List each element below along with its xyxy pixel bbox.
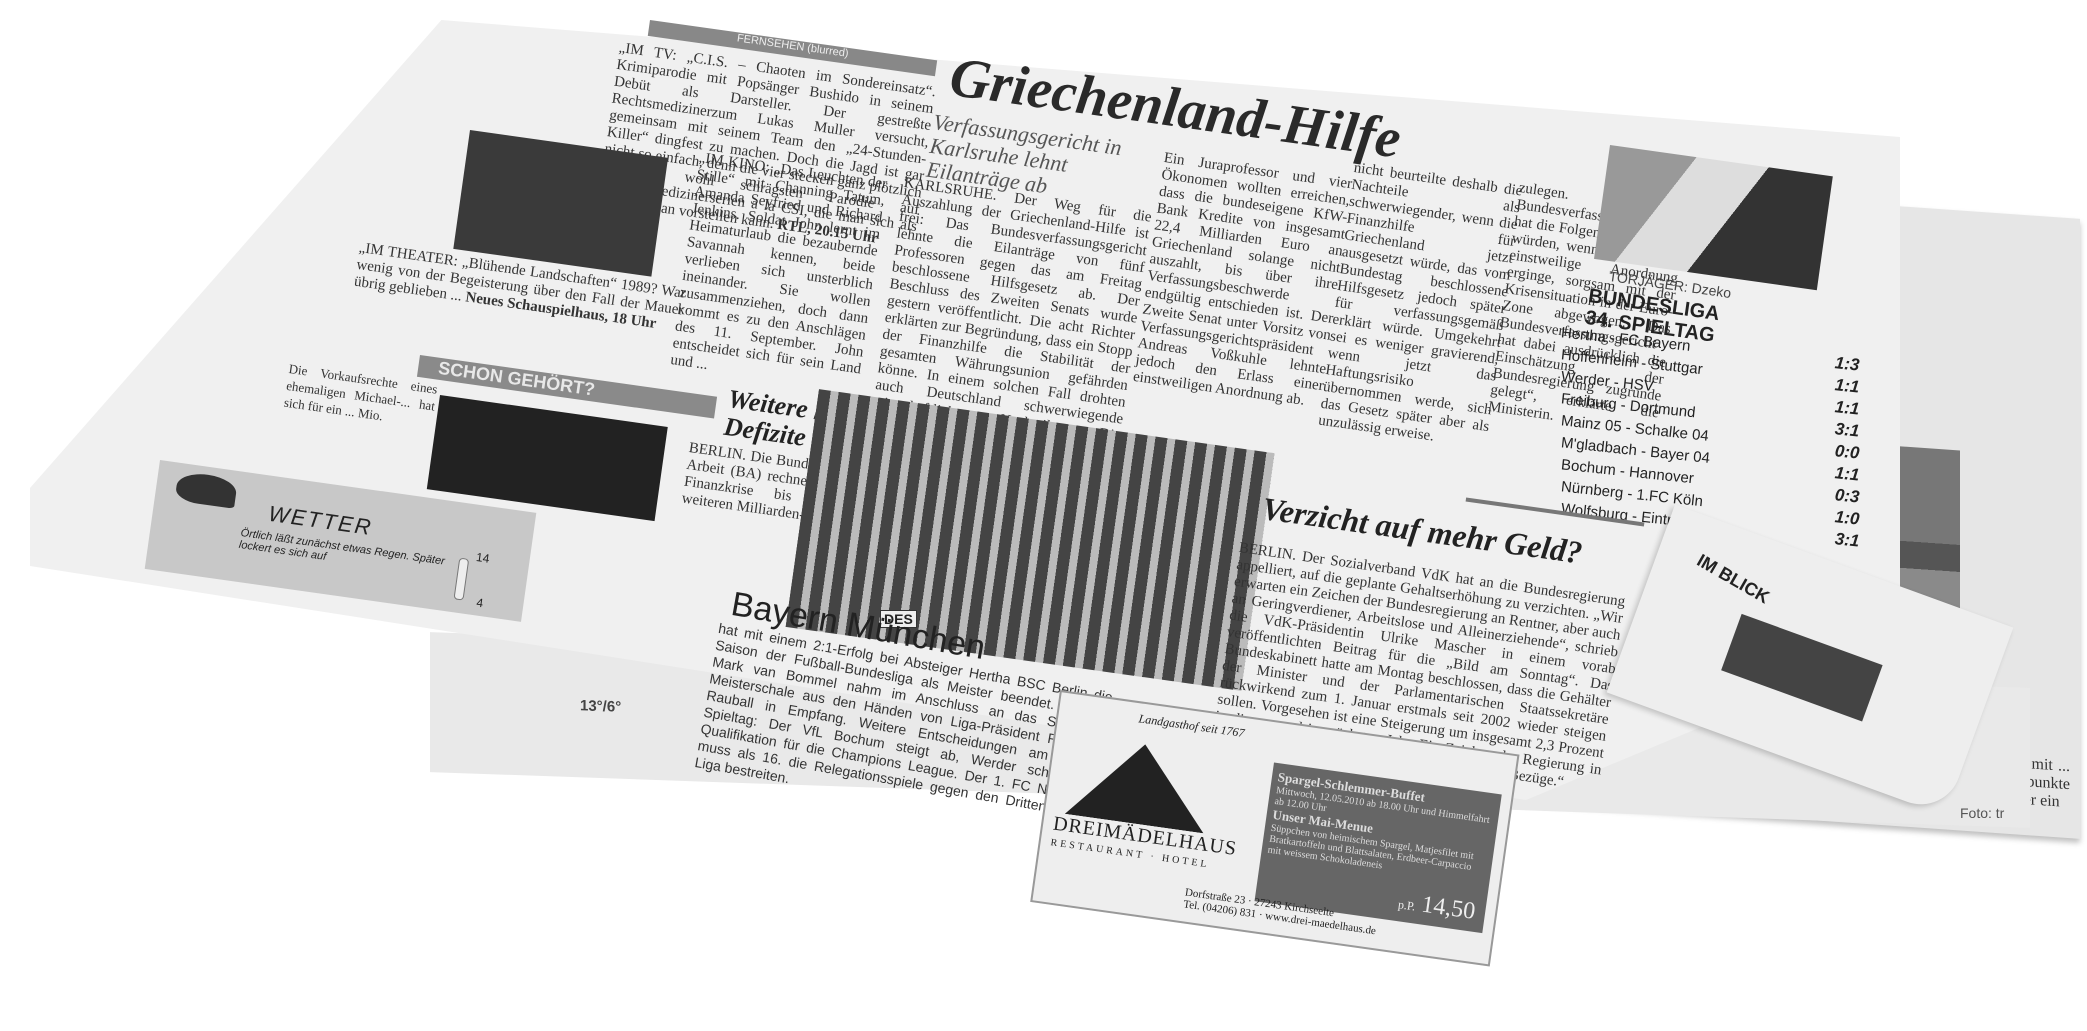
ad-price-prefix: p.P. (1397, 897, 1416, 913)
ad-since: Landgasthof seit 1767 (1138, 711, 1246, 741)
lower-temperature: 13°/6° (580, 697, 621, 715)
kino-text: „IM KINO: „Das Leuchten der Stille“ mit … (669, 150, 888, 395)
score: 3:1 (1834, 529, 1861, 553)
main-article-col1: Ein Juraprofessor und vier Ökonomen woll… (1132, 150, 1353, 412)
score: 1:1 (1834, 375, 1861, 399)
ad-price: p.P. 14,50 (1397, 888, 1477, 926)
weathervane-rooster-icon (175, 471, 239, 509)
fold-photo (1721, 614, 1882, 722)
bundesliga-results-table: Hertha - FC Bayern1:3 Hoffenheim - Stutt… (1560, 340, 1860, 538)
score: 3:1 (1834, 419, 1861, 443)
score: 0:3 (1834, 485, 1861, 509)
photo-credit: Foto: tr (1960, 805, 2004, 821)
score: 1:1 (1834, 397, 1861, 421)
fold-label: IM BLICK (1693, 550, 1773, 608)
ad-price-value: 14,50 (1420, 892, 1477, 925)
score: 1:3 (1834, 353, 1861, 377)
weather-max-temp: 14 (475, 550, 490, 566)
score: 1:1 (1834, 463, 1861, 487)
weather-min-temp: 4 (476, 596, 485, 611)
score: 1:0 (1834, 507, 1861, 531)
score: 0:0 (1834, 441, 1861, 465)
